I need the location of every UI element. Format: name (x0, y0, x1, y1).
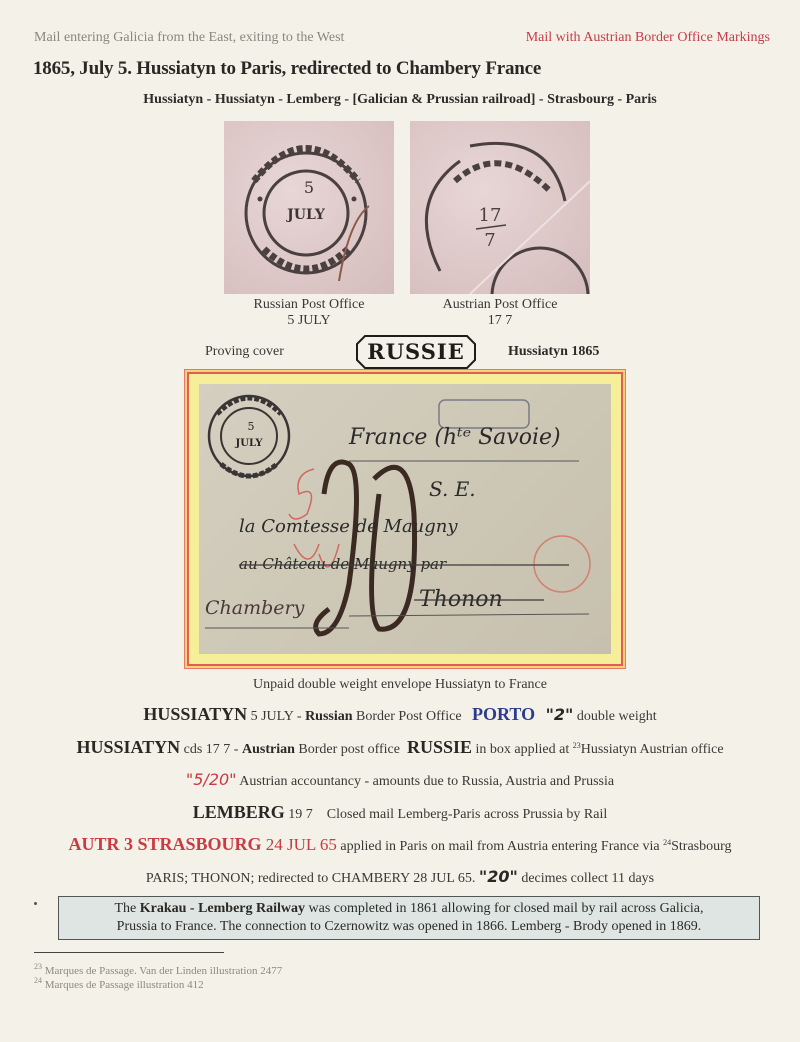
russie-text: RUSSIE (355, 334, 477, 370)
footnote-separator (34, 952, 224, 953)
header-left: Mail entering Galicia from the East, exi… (34, 30, 344, 46)
austrian-postmark-caption: Austrian Post Office 17 7 (405, 297, 595, 329)
caption-line: 17 7 (405, 313, 595, 329)
text: 19 7 (285, 807, 313, 822)
text: decimes collect 11 days (518, 871, 654, 886)
russie-box-marking: RUSSIE (355, 334, 477, 370)
railway-line-2: Prussia to France. The connection to Cze… (59, 918, 759, 936)
svg-text:JULY: JULY (285, 207, 326, 223)
russian-label: Russian (305, 709, 352, 724)
text: was completed in 1861 allowing for close… (305, 901, 704, 916)
text: PARIS; THONON; redirected to CHAMBERY 28… (146, 871, 479, 886)
footnote-24: 24 Marques de Passage illustration 412 (34, 976, 204, 991)
text: Closed mail Lemberg-Paris across Prussia… (327, 807, 607, 822)
footnote-number: 24 (34, 976, 42, 985)
text: double weight (573, 709, 656, 724)
hussiatyn-1865-label: Hussiatyn 1865 (508, 344, 599, 360)
hussiatyn-label: HUSSIATYN (76, 737, 180, 757)
bullet-dot (34, 902, 37, 905)
lemberg-label: LEMBERG (193, 802, 285, 822)
austrian-label: Austrian (242, 742, 295, 757)
description-line-3: "5/20" Austrian accountancy - amounts du… (0, 770, 800, 790)
railway-name: Krakau - Lemberg Railway (140, 901, 305, 916)
porto-label: PORTO (472, 704, 535, 724)
description-line-5: AUTR 3 STRASBOURG 24 JUL 65 applied in P… (0, 834, 800, 855)
svg-text:JULY: JULY (235, 438, 264, 449)
strasbourg-label: AUTR 3 STRASBOURG (68, 834, 261, 854)
charge-20: "20" (479, 867, 518, 886)
svg-text:5: 5 (248, 420, 255, 433)
footnote-ref: 24 (663, 838, 671, 847)
caption-line: Russian Post Office (214, 297, 404, 313)
svg-text:la Comtesse de Maugny: la Comtesse de Maugny (239, 516, 458, 537)
text: applied in Paris on mail from Austria en… (337, 839, 663, 854)
railway-line-1: The Krakau - Lemberg Railway was complet… (59, 900, 759, 918)
svg-text:7: 7 (484, 230, 495, 251)
charge-2: "2" (546, 705, 574, 724)
footnote-text: Marques de Passage illustration 412 (42, 979, 204, 991)
text: 5 JULY - (247, 709, 305, 724)
austrian-postmark-image: 17 7 (410, 121, 590, 294)
description-line-6: PARIS; THONON; redirected to CHAMBERY 28… (0, 867, 800, 887)
header-right: Mail with Austrian Border Office Marking… (526, 30, 770, 46)
description-line-2: HUSSIATYN cds 17 7 - Austrian Border pos… (0, 737, 800, 758)
footnote-ref: 23 (573, 741, 581, 750)
caption-line: 5 JULY (214, 313, 404, 329)
charge-5-20: "5/20" (186, 770, 237, 789)
svg-text:5: 5 (304, 178, 314, 197)
cover-caption: Unpaid double weight envelope Hussiatyn … (0, 677, 800, 693)
footnote-23: 23 Marques de Passage. Van der Linden il… (34, 962, 282, 977)
text: Border post office (295, 742, 404, 757)
text: The (114, 901, 139, 916)
russian-postmark-image: 5 JULY (224, 121, 394, 294)
text: Austrian accountancy - amounts due to Ru… (237, 774, 615, 789)
russie-label: RUSSIE (407, 737, 472, 757)
svg-text:France (hᵗᵉ Savoie): France (hᵗᵉ Savoie) (348, 425, 561, 450)
page-title: 1865, July 5. Hussiatyn to Paris, redire… (33, 58, 541, 80)
svg-text:S. E.: S. E. (429, 477, 476, 501)
text: in box applied at (472, 742, 573, 757)
strasbourg-date: 24 JUL 65 (262, 835, 337, 854)
description-line-4: LEMBERG 19 7 Closed mail Lemberg-Paris a… (0, 802, 800, 823)
text: Strasbourg (671, 839, 731, 854)
railway-note-box: The Krakau - Lemberg Railway was complet… (58, 896, 760, 940)
proving-cover-label: Proving cover (205, 344, 284, 360)
cover-frame: 5 JULY France (hᵗᵉ Savoie) S. E. la Comt… (187, 372, 623, 666)
text: Border Post Office (353, 709, 466, 724)
russian-postmark-caption: Russian Post Office 5 JULY (214, 297, 404, 329)
text: Hussiatyn Austrian office (581, 742, 724, 757)
text: cds 17 7 - (180, 742, 242, 757)
svg-text:au Château de Maugny par: au Château de Maugny par (239, 555, 447, 573)
svg-text:Chambery: Chambery (205, 597, 305, 619)
cover-envelope-image: 5 JULY France (hᵗᵉ Savoie) S. E. la Comt… (199, 384, 611, 654)
route: Hussiatyn - Hussiatyn - Lemberg - [Galic… (0, 92, 800, 108)
svg-text:17: 17 (479, 205, 502, 226)
hussiatyn-label: HUSSIATYN (143, 704, 247, 724)
caption-line: Austrian Post Office (405, 297, 595, 313)
description-line-1: HUSSIATYN 5 JULY - Russian Border Post O… (0, 704, 800, 725)
footnote-number: 23 (34, 962, 42, 971)
